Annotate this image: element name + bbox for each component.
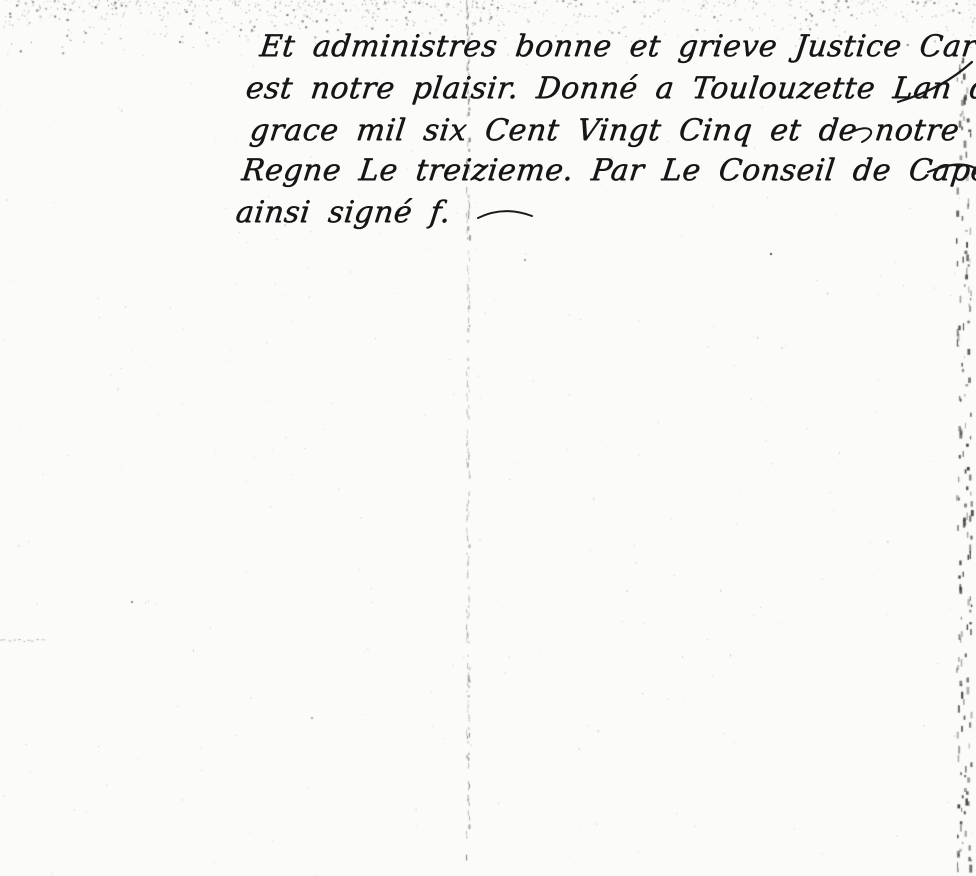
- manuscript-line: ainsi signé f.: [234, 198, 452, 228]
- manuscript-scan-page: Et administres bonne et grieve Justice C…: [0, 0, 976, 876]
- manuscript-line: grace mil six Cent Vingt Cinq et de notr…: [248, 116, 961, 146]
- manuscript-line: Et administres bonne et grieve Justice C…: [258, 32, 976, 62]
- manuscript-line: est notre plaisir. Donné a Toulouzette L…: [244, 74, 976, 104]
- manuscript-line: Regne Le treizieme. Par Le Conseil de Ca…: [240, 156, 976, 186]
